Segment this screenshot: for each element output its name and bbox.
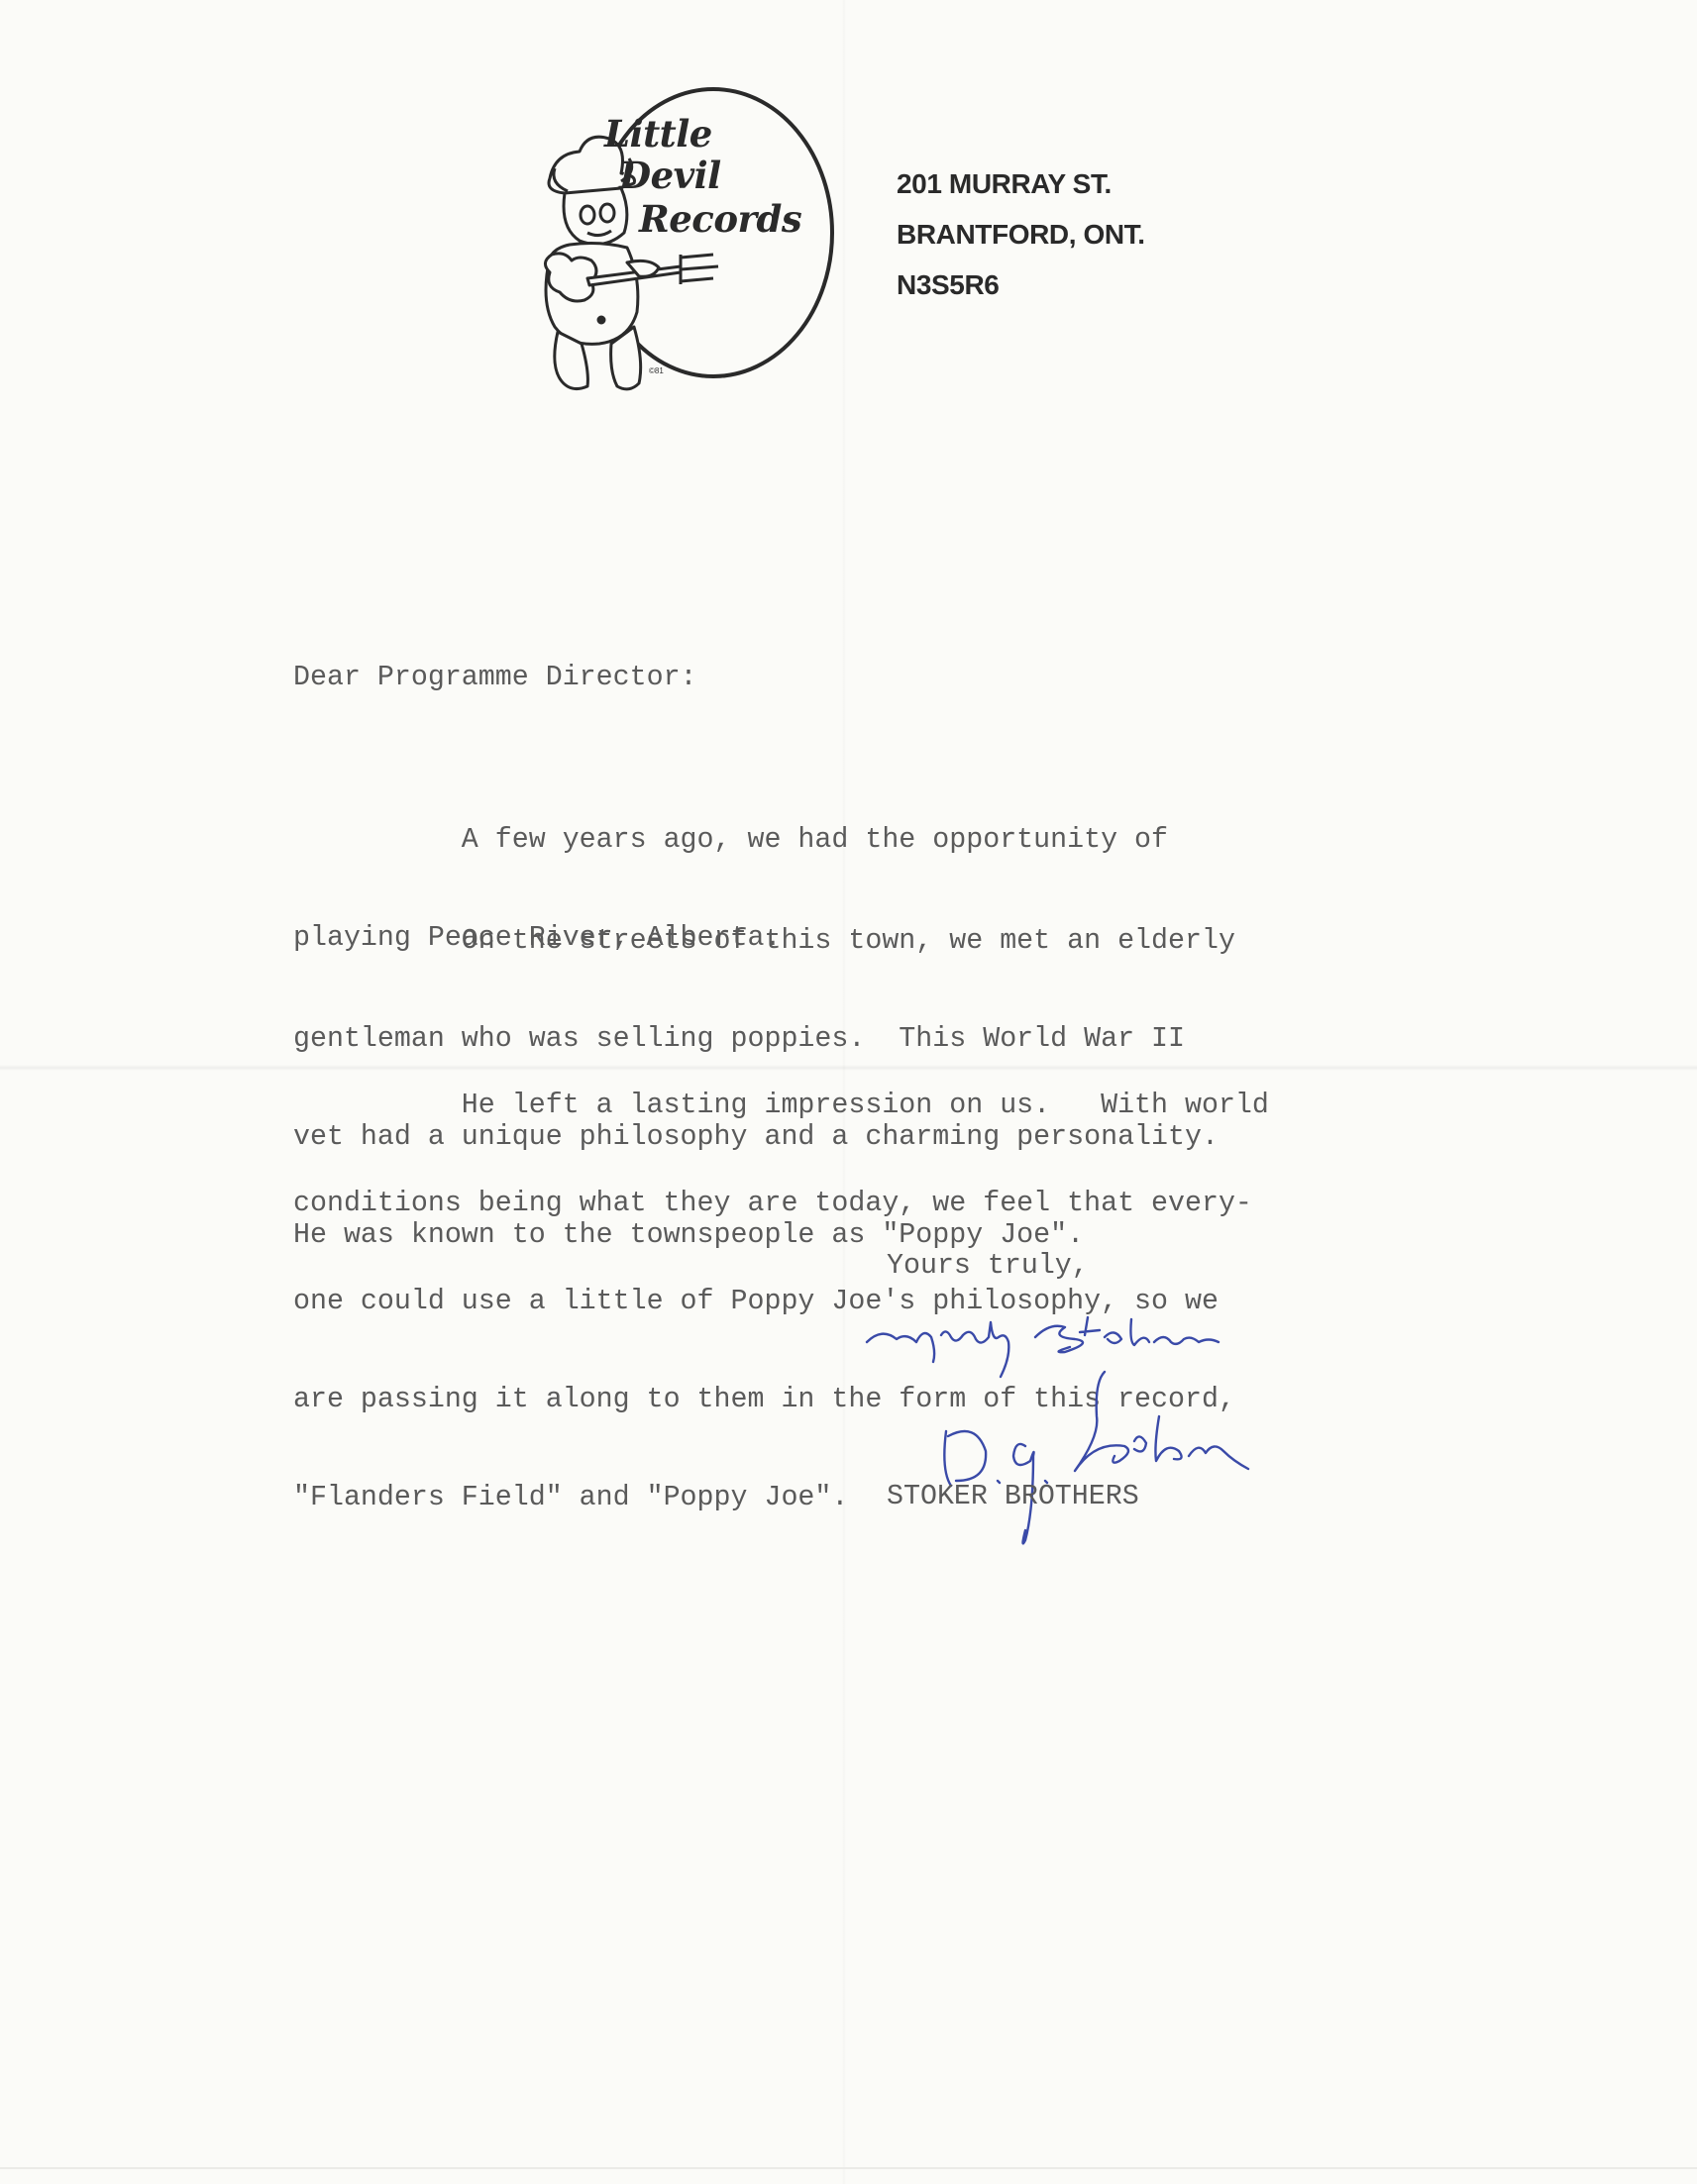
closing: Yours truly, (887, 1250, 1089, 1283)
signature-dj-stoker-icon (936, 1362, 1313, 1550)
letterhead-logo: Little Devil Records ©81 (510, 84, 837, 411)
salutation: Dear Programme Director: (293, 662, 697, 694)
signoff: STOKER BROTHERS (887, 1481, 1139, 1513)
logo-text-little: Little (604, 116, 712, 153)
address-street: 201 MURRAY ST. (897, 158, 1145, 209)
address-city: BRANTFORD, ONT. (897, 209, 1145, 260)
paragraph-line: He left a lasting impression on us. With… (293, 1090, 1269, 1122)
paragraph-line: A few years ago, we had the opportunity … (293, 824, 1168, 857)
address-postal-code: N3S5R6 (897, 260, 1145, 310)
paper-bottom-edge (0, 2167, 1697, 2169)
copyright-mark: ©81 (649, 366, 664, 375)
paragraph-line: On the streets of this town, we met an e… (293, 925, 1235, 958)
logo-text-devil: Devil (619, 157, 721, 194)
paragraph-line: conditions being what they are today, we… (293, 1188, 1269, 1220)
letterhead-address: 201 MURRAY ST. BRANTFORD, ONT. N3S5R6 (897, 158, 1145, 310)
logo-text-records: Records (639, 201, 801, 238)
signature-dj-stoker (936, 1362, 1313, 1555)
